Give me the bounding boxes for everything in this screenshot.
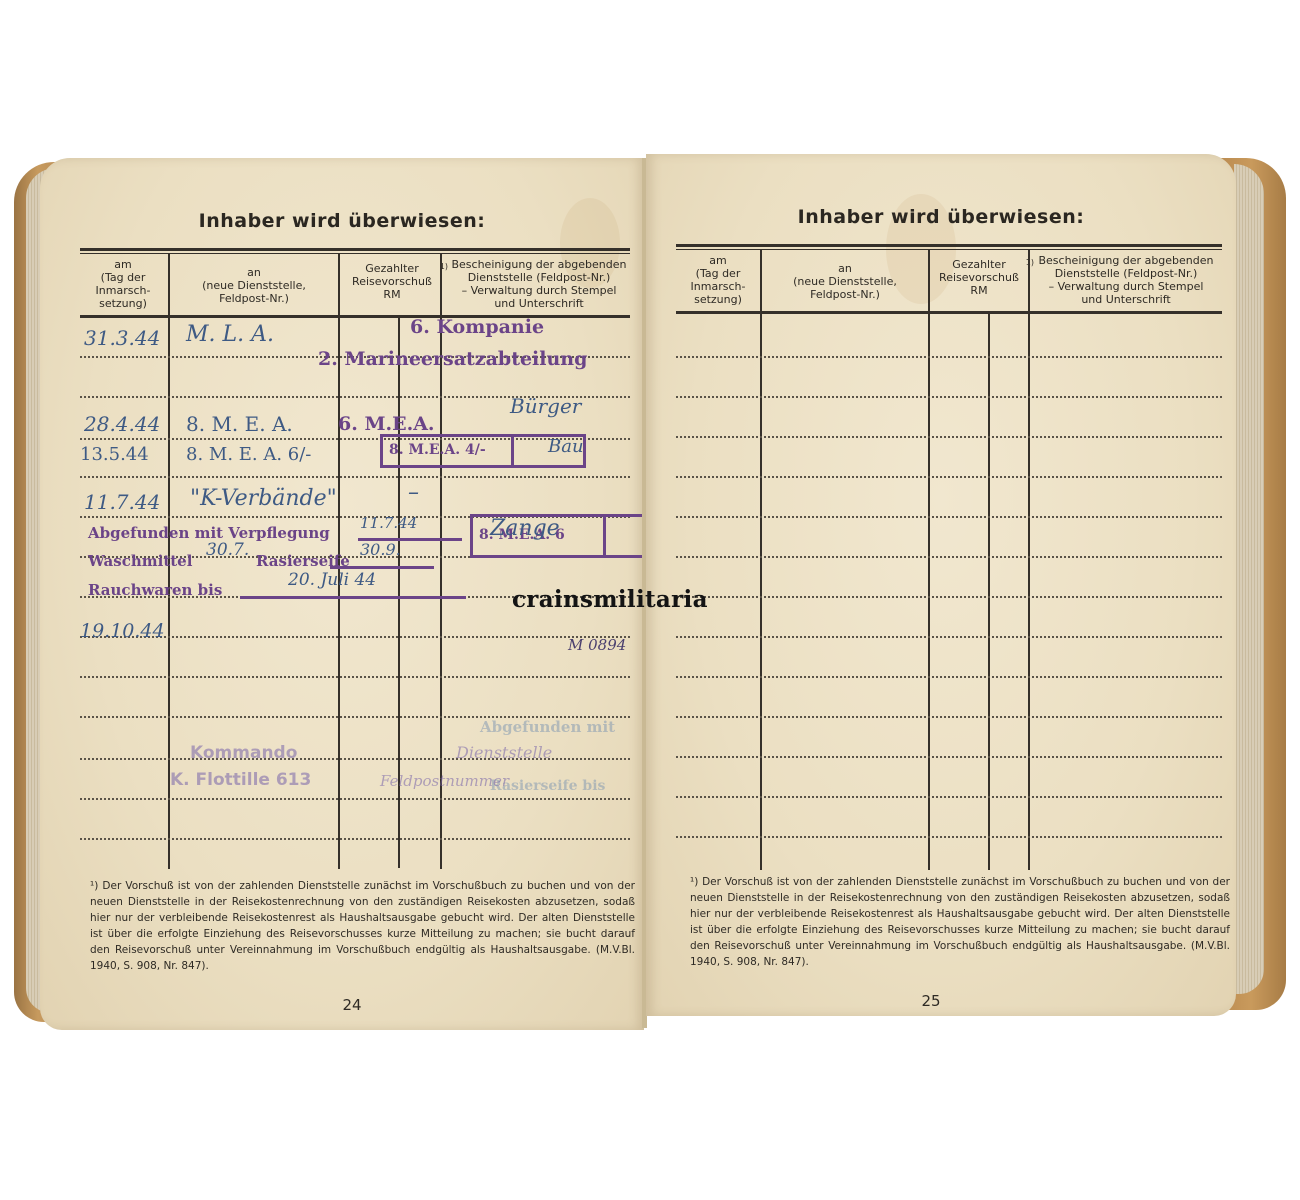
waschmittel-date: 30.7.	[206, 540, 249, 560]
table-header-rule	[80, 315, 630, 318]
page-edges-right	[1234, 164, 1264, 994]
abteilung-stamp: 2. Marineersatzabteilung	[318, 348, 587, 370]
feldpost-number: M 0894	[568, 636, 626, 654]
column-divider	[928, 250, 930, 870]
row-line	[80, 476, 630, 478]
column-divider	[1028, 250, 1030, 870]
row-line	[676, 796, 1222, 798]
entry-unit: M. L. A.	[186, 322, 274, 347]
row-line	[676, 716, 1222, 718]
table-header-rule	[676, 311, 1222, 314]
row-line	[676, 676, 1222, 678]
footnote: ¹) Der Vorschuß ist von der zahlenden Di…	[90, 878, 635, 974]
row-line	[80, 798, 630, 800]
entry-date: 13.5.44	[80, 444, 149, 465]
row-line	[80, 676, 630, 678]
column-header-travel-advance: 1) GezahlterReisevorschußRM	[930, 258, 1028, 297]
row-line	[676, 516, 1222, 518]
row-line	[676, 396, 1222, 398]
page-title: Inhaber wird überwiesen:	[40, 210, 644, 232]
signature: Zange	[490, 516, 560, 541]
row-line	[676, 356, 1222, 358]
column-divider	[760, 250, 762, 870]
row-line	[676, 596, 1222, 598]
page-number: 25	[636, 992, 1226, 1010]
stamp-underline	[240, 596, 466, 599]
column-header-certification: Bescheinigung der abgebendenDienststelle…	[1030, 254, 1222, 306]
row-line	[676, 836, 1222, 838]
page-title: Inhaber wird überwiesen:	[646, 206, 1236, 228]
entry-date: 28.4.44	[84, 412, 160, 436]
kompanie-stamp: 6. Kompanie	[410, 316, 544, 338]
table-top-rule	[80, 248, 630, 254]
column-header-new-unit: an(neue Dienststelle,Feldpost-Nr.)	[170, 266, 338, 305]
rasierseife-date: 30.9.	[360, 540, 401, 559]
page-number: 24	[50, 996, 654, 1014]
faint-stamp: Abgefunden mit	[480, 718, 615, 736]
row-line	[676, 636, 1222, 638]
signature: Bau	[548, 436, 584, 457]
stamp-underline	[330, 566, 434, 569]
verpflegung-date: 11.7.44	[360, 514, 417, 532]
row-line	[676, 476, 1222, 478]
row-line	[676, 556, 1222, 558]
column-header-travel-advance: 1) GezahlterReisevorschußRM	[342, 262, 442, 301]
watermark: crainsmilitaria	[512, 586, 708, 613]
right-page: Inhaber wird überwiesen: am(Tag derInmar…	[646, 154, 1236, 1016]
feldpostnummer-stamp: Feldpostnummer	[380, 772, 509, 790]
entry-unit: "K-Verbände"	[190, 486, 337, 511]
kommando-stamp: Kommando	[190, 743, 297, 763]
transfer-table: am(Tag derInmarsch-setzung) an(neue Dien…	[676, 244, 1222, 864]
signature: Bürger	[510, 394, 581, 418]
rauchwaren-date: 20. Juli 44	[288, 570, 376, 590]
rauchwaren-stamp: Rauchwaren bis	[88, 581, 222, 599]
column-header-new-unit: an(neue Dienststelle,Feldpost-Nr.)	[762, 262, 928, 301]
row-line	[676, 756, 1222, 758]
entry-unit: 8. M. E. A. 6/-	[186, 444, 311, 465]
table-top-rule	[676, 244, 1222, 250]
row-line	[676, 436, 1222, 438]
footnote: ¹) Der Vorschuß ist von der zahlenden Di…	[690, 874, 1230, 970]
column-header-certification: Bescheinigung der abgebendenDienststelle…	[444, 258, 634, 310]
entry-unit: 8. M. E. A.	[186, 412, 293, 436]
column-header-date: am(Tag derInmarsch-setzung)	[80, 258, 166, 310]
entry-date: 31.3.44	[84, 326, 160, 350]
open-paybook: Inhaber wird überwiesen: am(Tag derInmar…	[14, 150, 1286, 1035]
column-header-date: am(Tag derInmarsch-setzung)	[676, 254, 760, 306]
row-line	[80, 838, 630, 840]
dienststelle-stamp: Dienststelle	[456, 743, 552, 762]
entry-dash: –	[408, 480, 419, 505]
mea-stamp: 6. M.E.A.	[338, 413, 435, 435]
entry-date: 11.7.44	[84, 490, 160, 514]
entry-date: 19.10.44	[80, 620, 165, 642]
flottille-stamp: K. Flottille 613	[170, 770, 311, 790]
waschmittel-stamp: Waschmittel	[88, 552, 192, 570]
